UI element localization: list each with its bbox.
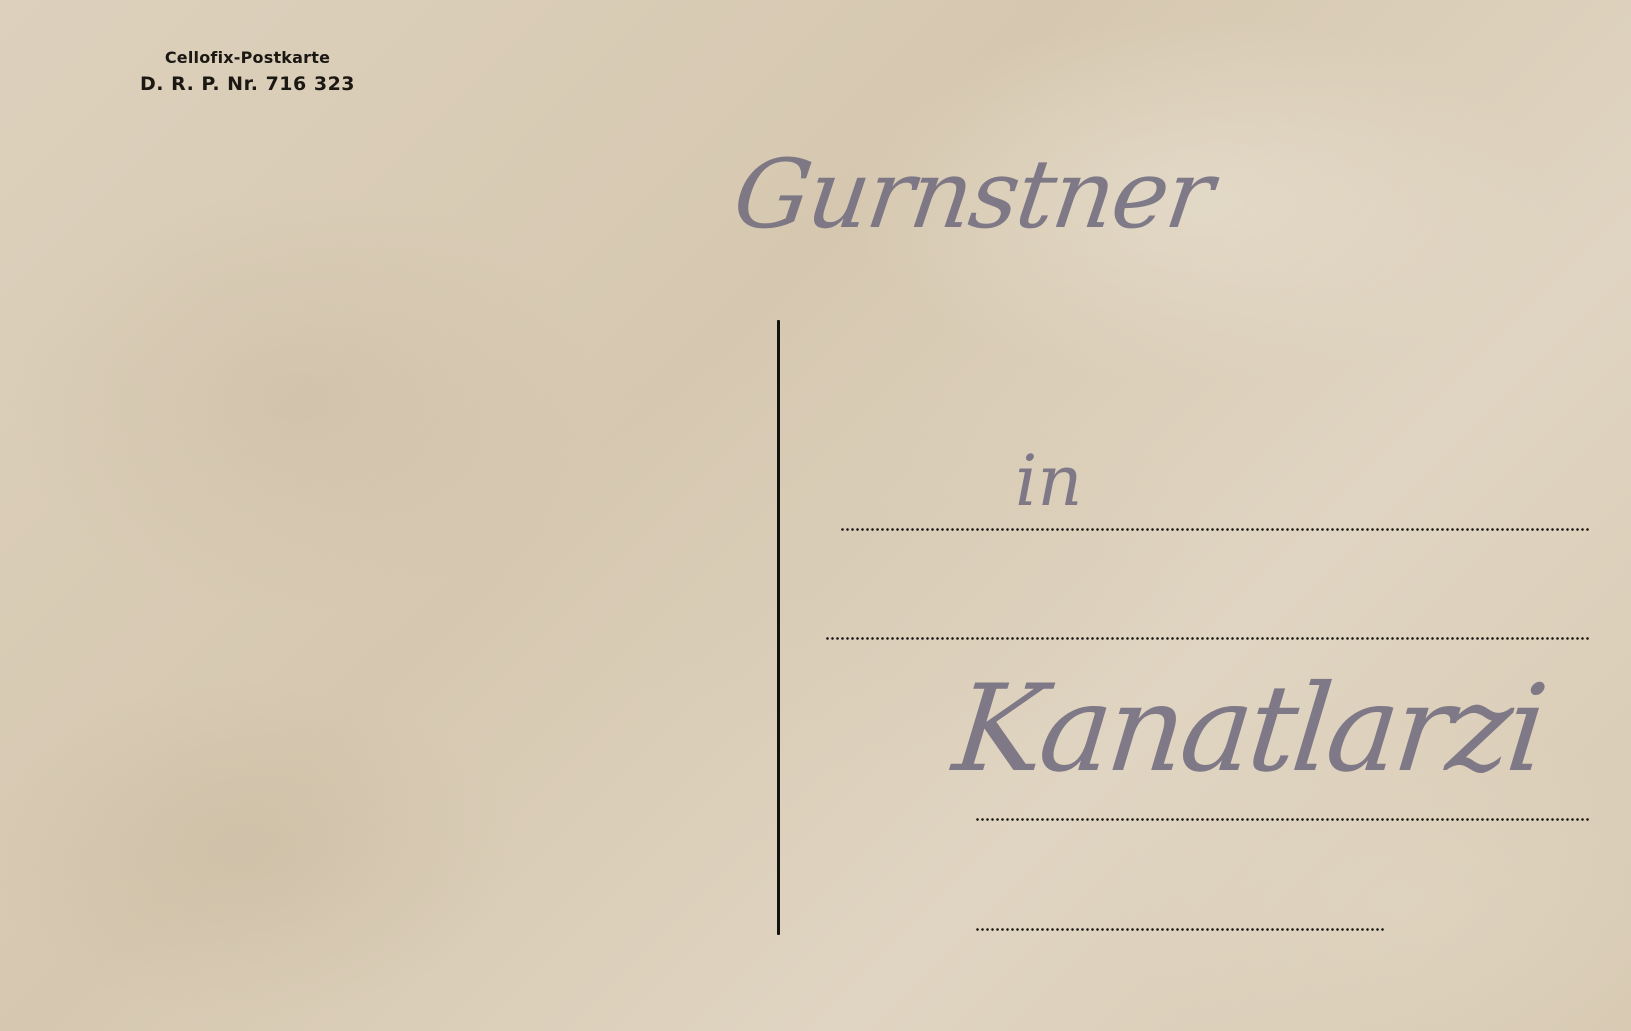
handwritten-preposition: in bbox=[1015, 440, 1082, 522]
address-line-1 bbox=[840, 528, 1590, 531]
imprint-patent-number: D. R. P. Nr. 716 323 bbox=[130, 73, 365, 95]
postcard-back: Cellofix-Postkarte D. R. P. Nr. 716 323 … bbox=[0, 0, 1631, 1031]
address-line-3 bbox=[975, 818, 1590, 821]
publisher-imprint: Cellofix-Postkarte D. R. P. Nr. 716 323 bbox=[130, 48, 365, 95]
address-line-2 bbox=[825, 637, 1590, 640]
handwritten-recipient: Gurnstner bbox=[727, 140, 1218, 250]
message-address-divider bbox=[777, 320, 780, 935]
imprint-title: Cellofix-Postkarte bbox=[130, 48, 365, 67]
handwritten-place: Kanatlarzi bbox=[948, 660, 1550, 799]
address-line-4 bbox=[975, 928, 1385, 931]
